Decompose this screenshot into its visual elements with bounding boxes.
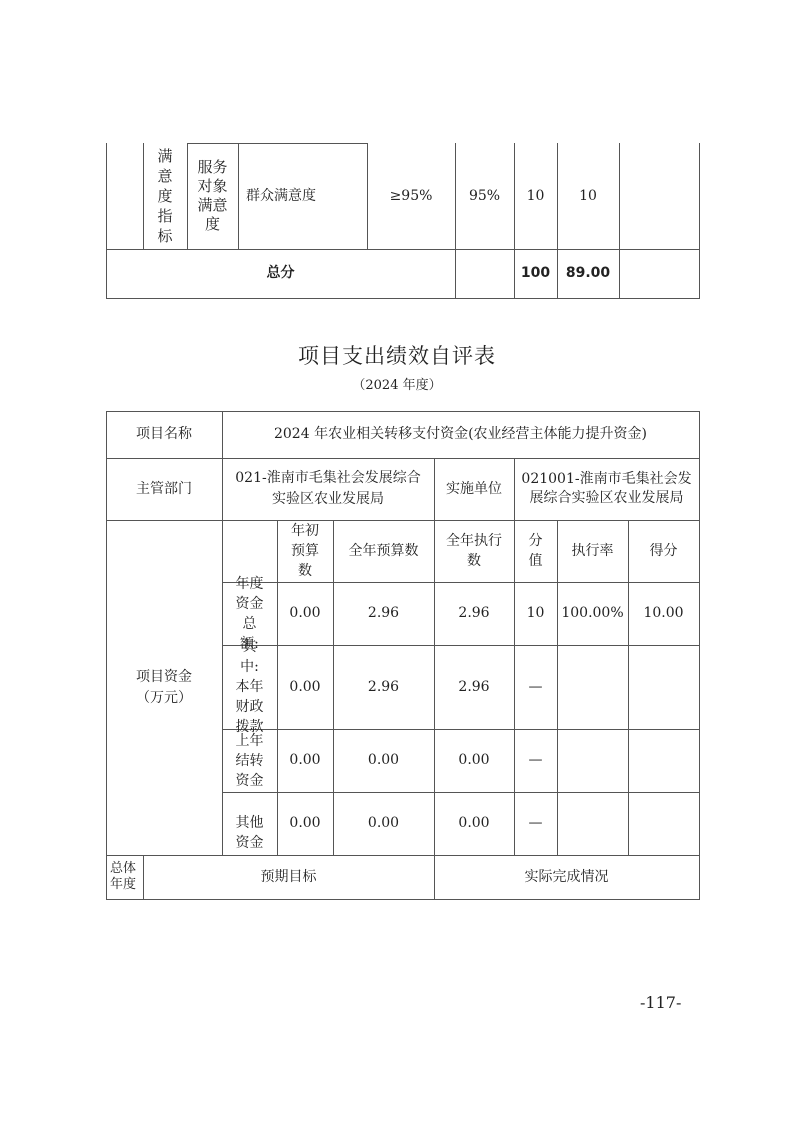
total-label: 总分 (106, 249, 455, 298)
funds-row-rate: 100.00% (557, 582, 628, 645)
form-title: 项目支出绩效自评表 (0, 340, 794, 370)
funds-row-annual: 0.00 (333, 729, 434, 792)
funds-row-rate (557, 645, 628, 729)
impl-value: 021001-淮南市毛集社会发展综合实验区农业发展局 (514, 458, 699, 520)
funds-row-annual: 0.00 (333, 792, 434, 855)
page-number: -117- (640, 993, 681, 1012)
funds-row-initial: 0.00 (277, 645, 333, 729)
indicator-cell: 群众满意度 (238, 143, 367, 249)
funds-row-initial: 0.00 (277, 792, 333, 855)
funds-row-rate (557, 792, 628, 855)
funds-row-weight: 10 (514, 582, 557, 645)
funds-row-rate (557, 729, 628, 792)
project-name-label: 项目名称 (106, 411, 222, 458)
expected-goal-header: 预期目标 (143, 855, 434, 899)
funds-row-executed: 2.96 (434, 582, 514, 645)
funds-row-score (628, 729, 699, 792)
funds-header-score: 得分 (628, 520, 699, 582)
funds-label: 项目资金（万元） (106, 520, 222, 855)
total-score: 89.00 (557, 249, 619, 298)
funds-row-weight: — (514, 729, 557, 792)
funds-row-annual: 2.96 (333, 582, 434, 645)
dept-label: 主管部门 (106, 458, 222, 520)
target-cell: ≥95% (367, 143, 455, 249)
funds-header-annual: 全年预算数 (333, 520, 434, 582)
impl-label: 实施单位 (434, 458, 514, 520)
project-name-value: 2024 年农业相关转移支付资金(农业经营主体能力提升资金) (222, 411, 699, 458)
subcategory-cell: 服务对象满意度 (187, 143, 238, 249)
funds-row-label: 年度资金总额: (222, 582, 277, 645)
weight-cell: 10 (514, 143, 557, 249)
funds-row-score (628, 792, 699, 855)
funds-row-label: 其中:本年财政拨款 (222, 645, 277, 729)
funds-header-weight: 分值 (514, 520, 557, 582)
funds-row-score: 10.00 (628, 582, 699, 645)
funds-row-initial: 0.00 (277, 582, 333, 645)
funds-header-executed: 全年执行数 (434, 520, 514, 582)
funds-row-weight: — (514, 792, 557, 855)
funds-row-score (628, 645, 699, 729)
funds-row-executed: 0.00 (434, 729, 514, 792)
funds-row-initial: 0.00 (277, 729, 333, 792)
funds-row-weight: — (514, 645, 557, 729)
form-year: （2024 年度） (0, 374, 794, 393)
actual-completion-header: 实际完成情况 (434, 855, 699, 899)
score-cell: 10 (557, 143, 619, 249)
funds-row-label: 上年结转资金 (222, 729, 277, 792)
category-cell: 满意度指标 (143, 143, 187, 249)
total-weight: 100 (514, 249, 557, 298)
goal-label: 总体年度 (106, 855, 143, 899)
funds-header-rate: 执行率 (557, 520, 628, 582)
dept-value: 021-淮南市毛集社会发展综合实验区农业发展局 (222, 458, 434, 520)
actual-cell: 95% (455, 143, 514, 249)
funds-row-executed: 0.00 (434, 792, 514, 855)
funds-header-initial: 年初预算数 (277, 520, 333, 582)
funds-row-label: 其他资金 (222, 792, 277, 855)
funds-row-executed: 2.96 (434, 645, 514, 729)
funds-row-annual: 2.96 (333, 645, 434, 729)
